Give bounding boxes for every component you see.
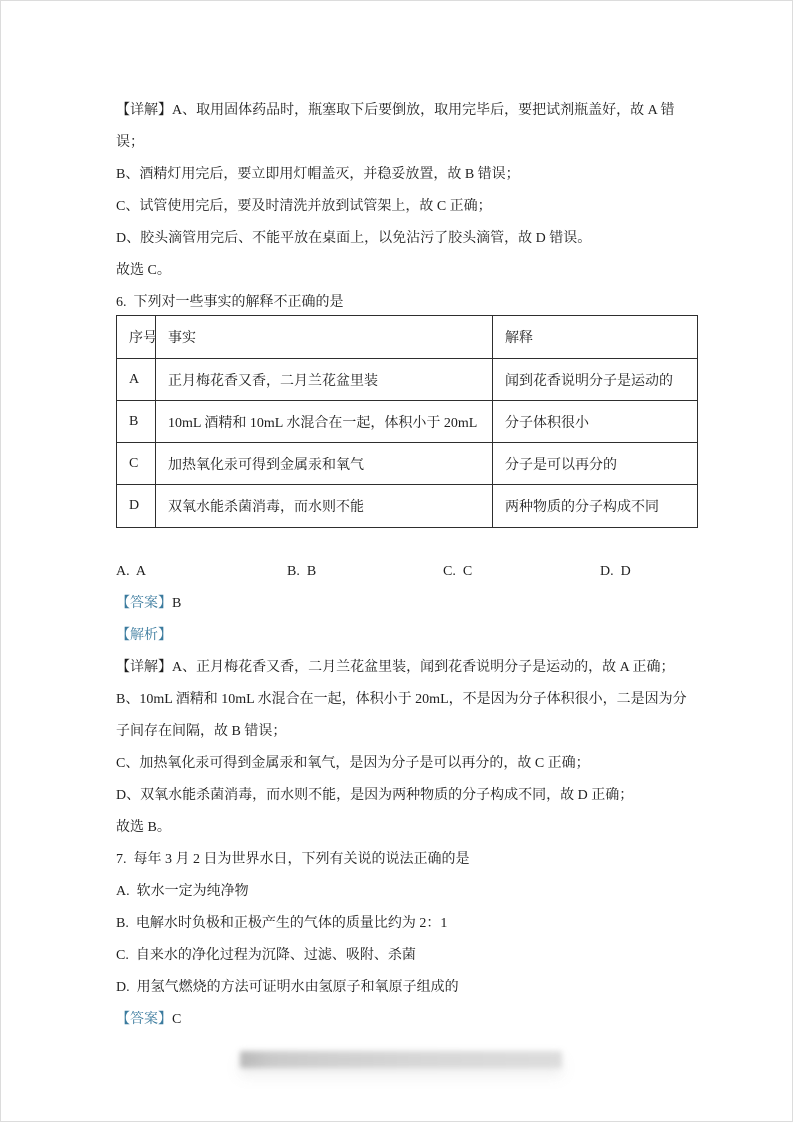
q6-detail-line: D、双氧水能杀菌消毒，而水则不能，是因为两种物质的分子构成不同，故 D 正确；: [116, 780, 680, 812]
q6-conclusion: 故选 B。: [116, 812, 680, 844]
facts-table: 序号 事实 解释 A 正月梅花香又香，二月兰花盆里装 闻到花香说明分子是运动的 …: [116, 315, 698, 528]
q6-answer-line: 【答案】B: [116, 588, 680, 620]
q5-detail-line: 【详解】A、取用固体药品时，瓶塞取下后要倒放，取用完毕后，要把试剂瓶盖好，故 A…: [116, 95, 680, 127]
table-cell-serial: D: [117, 485, 156, 528]
q6-option-a: A. A: [116, 556, 287, 588]
table-cell-fact: 双氧水能杀菌消毒，而水则不能: [156, 485, 493, 528]
q7-option-c: C. 自来水的净化过程为沉降、过滤、吸附、杀菌: [116, 940, 680, 972]
q5-conclusion: 故选 C。: [116, 255, 680, 287]
q5-detail-line: 误；: [116, 127, 680, 159]
q5-detail-line: C、试管使用完后，要及时清洗并放到试管架上，故 C 正确；: [116, 191, 680, 223]
table-header-row: 序号 事实 解释: [117, 316, 698, 359]
q6-answer-value: B: [172, 596, 181, 611]
table-cell-explanation: 闻到花香说明分子是运动的: [493, 359, 698, 401]
q5-detail-line: D、胶头滴管用完后、不能平放在桌面上，以免沾污了胶头滴管，故 D 错误。: [116, 223, 680, 255]
table-cell-explanation: 两种物质的分子构成不同: [493, 485, 698, 528]
q6-answer-label: 【答案】: [116, 596, 172, 611]
table-cell-serial: C: [117, 443, 156, 485]
table-cell-fact: 10mL 酒精和 10mL 水混合在一起，体积小于 20mL: [156, 401, 493, 443]
table-header-serial: 序号: [117, 316, 156, 359]
watermark-blur: [240, 1051, 562, 1068]
table-header-fact: 事实: [156, 316, 493, 359]
q6-option-b: B. B: [287, 556, 443, 588]
q7-option-a: A. 软水一定为纯净物: [116, 876, 680, 908]
q6-options-row: A. A B. B C. C D. D: [116, 556, 680, 588]
q6-option-c: C. C: [443, 556, 600, 588]
table-row: A 正月梅花香又香，二月兰花盆里装 闻到花香说明分子是运动的: [117, 359, 698, 401]
q6-detail-line: C、加热氧化汞可得到金属汞和氧气，是因为分子是可以再分的，故 C 正确；: [116, 748, 680, 780]
q6-analysis-line: 【解析】: [116, 620, 680, 652]
q6-analysis-label: 【解析】: [116, 628, 172, 643]
table-cell-serial: B: [117, 401, 156, 443]
q7-answer-line: 【答案】C: [116, 1004, 680, 1036]
q7-option-d: D. 用氢气燃烧的方法可证明水由氢原子和氧原子组成的: [116, 972, 680, 1004]
q7-option-b: B. 电解水时负极和正极产生的气体的质量比约为 2：1: [116, 908, 680, 940]
table-header-explanation: 解释: [493, 316, 698, 359]
table-cell-fact: 正月梅花香又香，二月兰花盆里装: [156, 359, 493, 401]
table-row: B 10mL 酒精和 10mL 水混合在一起，体积小于 20mL 分子体积很小: [117, 401, 698, 443]
q5-detail-line: B、酒精灯用完后，要立即用灯帽盖灭，并稳妥放置，故 B 错误；: [116, 159, 680, 191]
q6-detail-line: B、10mL 酒精和 10mL 水混合在一起，体积小于 20mL，不是因为分子体…: [116, 684, 680, 716]
table-cell-explanation: 分子体积很小: [493, 401, 698, 443]
table-row: D 双氧水能杀菌消毒，而水则不能 两种物质的分子构成不同: [117, 485, 698, 528]
table-cell-explanation: 分子是可以再分的: [493, 443, 698, 485]
q7-answer-value: C: [172, 1012, 181, 1027]
table-cell-serial: A: [117, 359, 156, 401]
q6-detail-line: 【详解】A、正月梅花香又香，二月兰花盆里装，闻到花香说明分子是运动的，故 A 正…: [116, 652, 680, 684]
table-cell-fact: 加热氧化汞可得到金属汞和氧气: [156, 443, 493, 485]
document-content: 【详解】A、取用固体药品时，瓶塞取下后要倒放，取用完毕后，要把试剂瓶盖好，故 A…: [116, 95, 680, 1036]
q7-answer-label: 【答案】: [116, 1012, 172, 1027]
document-page: 【详解】A、取用固体药品时，瓶塞取下后要倒放，取用完毕后，要把试剂瓶盖好，故 A…: [0, 0, 793, 1122]
question-7-title: 7. 每年 3 月 2 日为世界水日，下列有关说的说法正确的是: [116, 844, 680, 876]
q6-detail-line: 子间存在间隔，故 B 错误；: [116, 716, 680, 748]
q6-option-d: D. D: [600, 556, 680, 588]
table-row: C 加热氧化汞可得到金属汞和氧气 分子是可以再分的: [117, 443, 698, 485]
